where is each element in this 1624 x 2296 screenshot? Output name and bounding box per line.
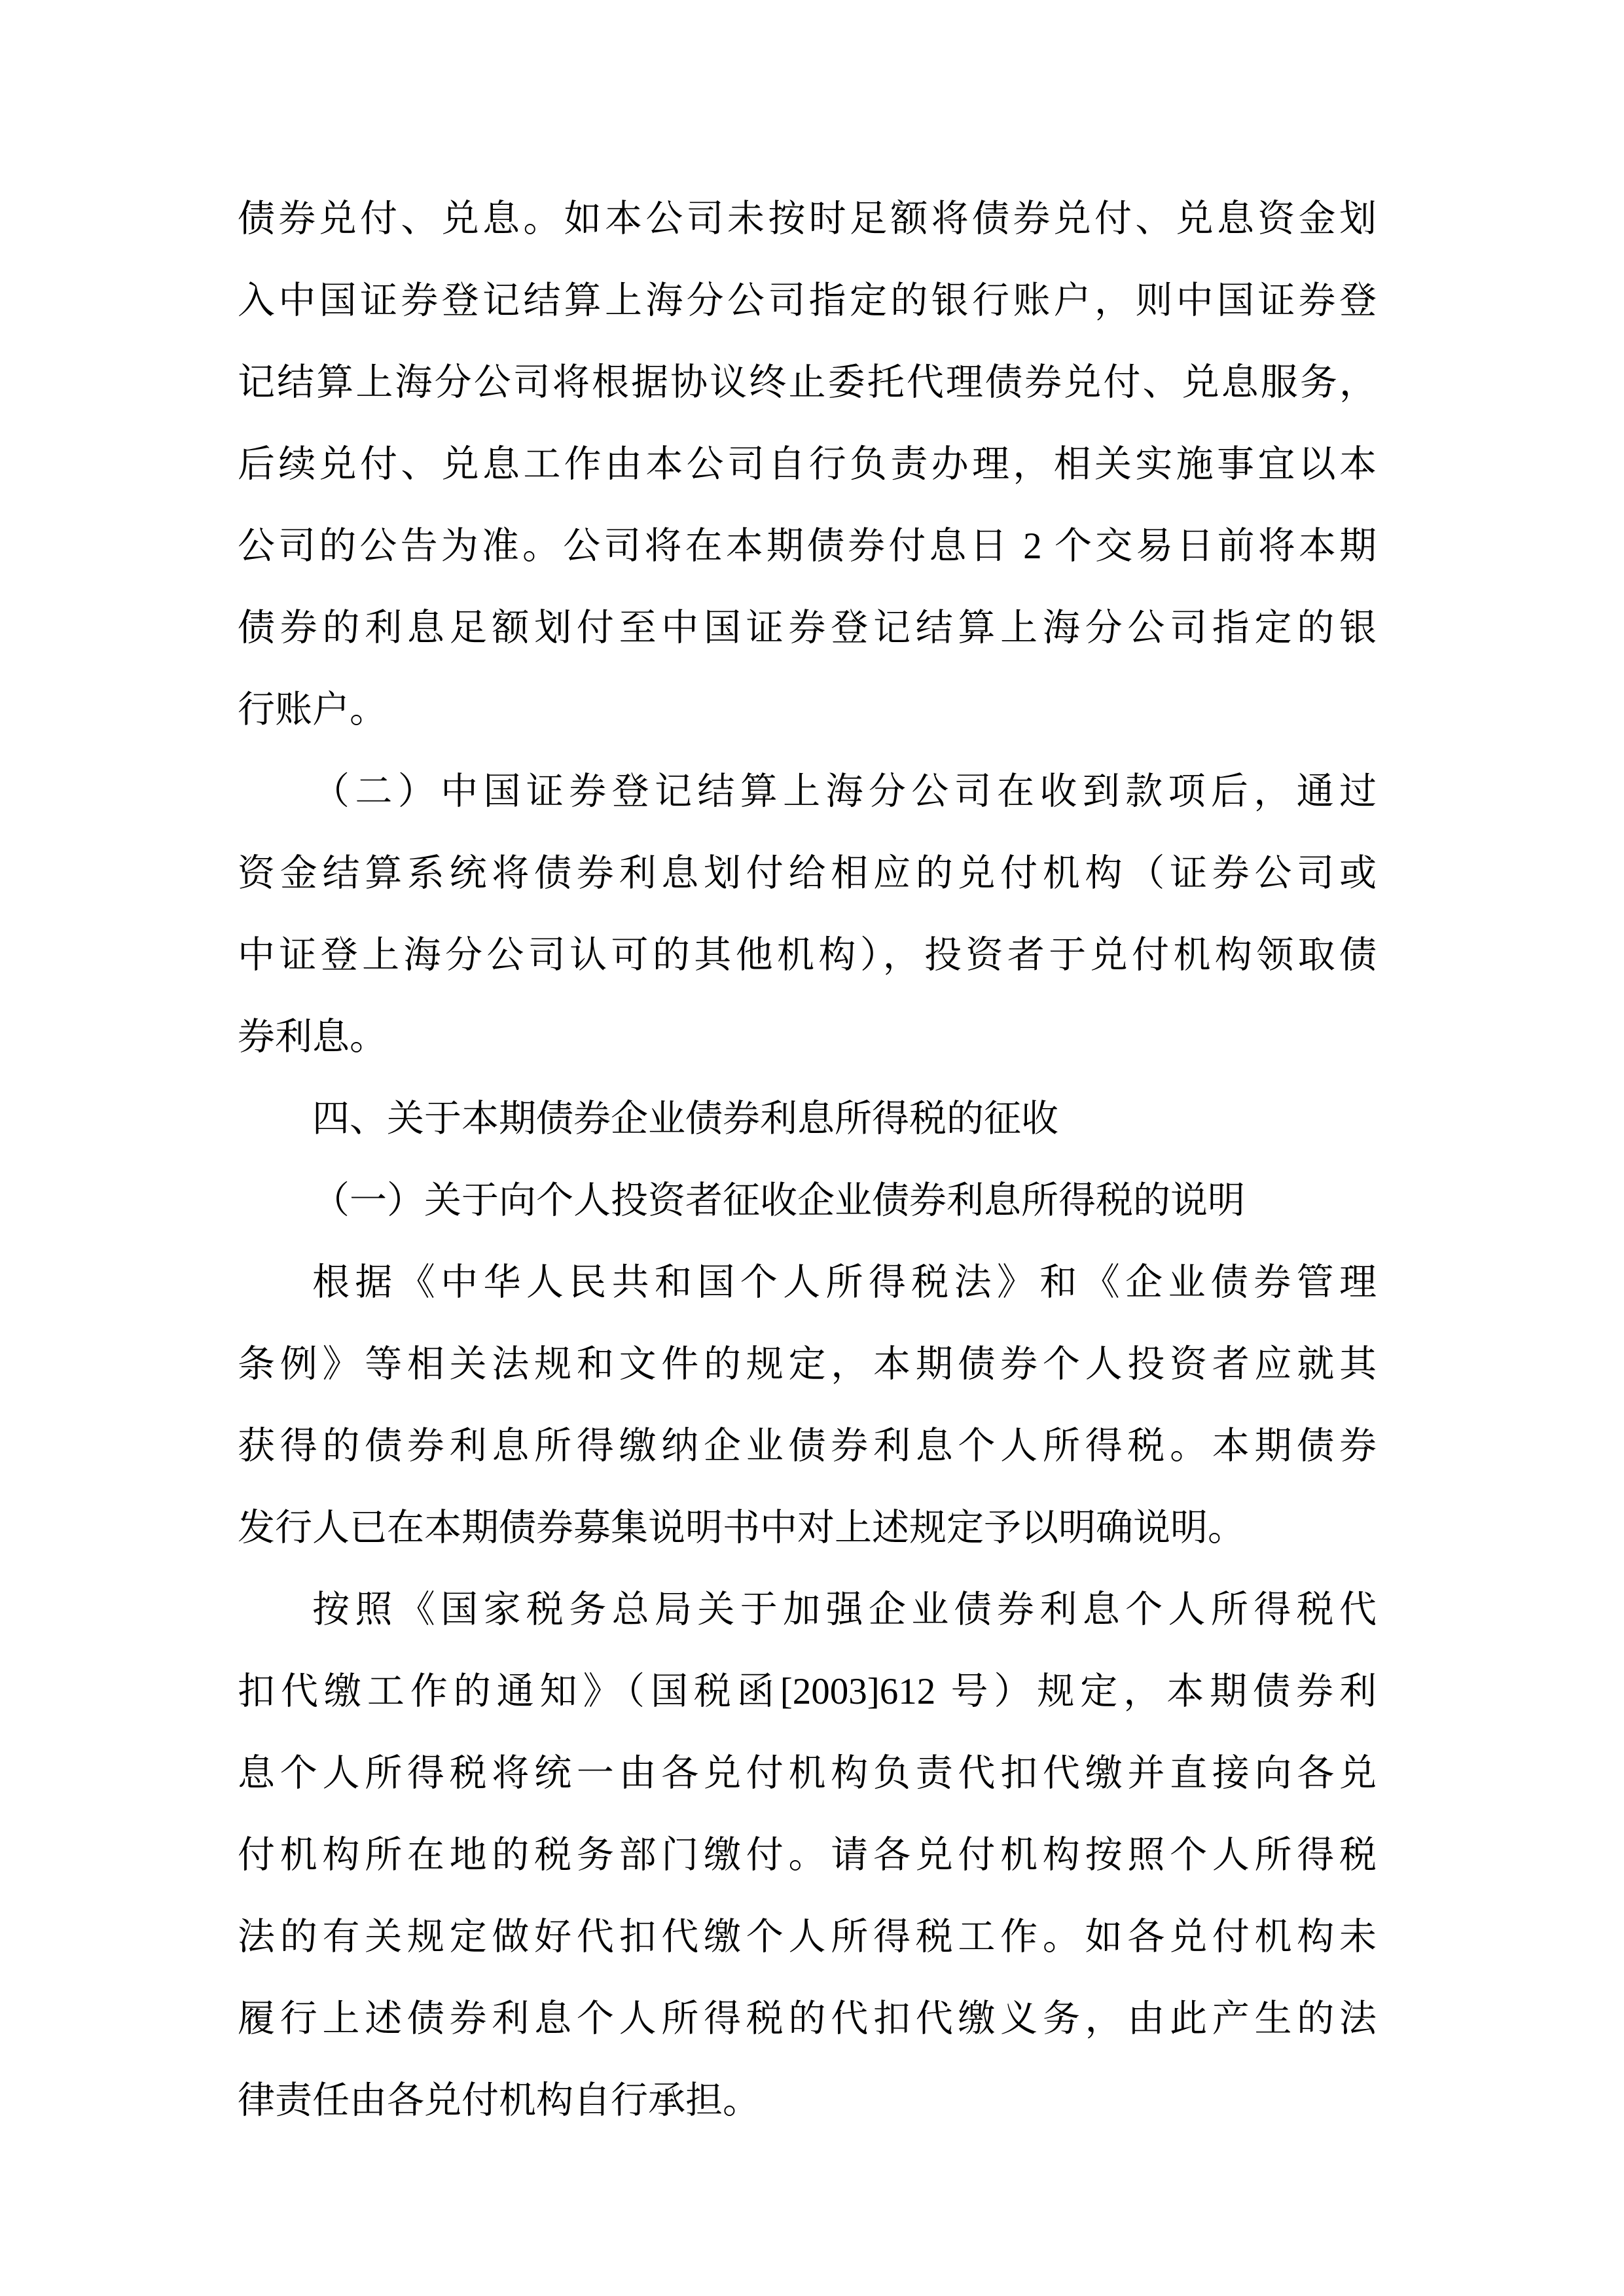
paragraph: 根据《中华人民共和国个人所得税法》和《企业债券管理条例》等相关法规和文件的规定，… (238, 1242, 1377, 1569)
text-line: 法的有关规定做好代扣代缴个人所得税工作。如各兑付机构未 (238, 1896, 1377, 1978)
paragraph: （二）中国证券登记结算上海分公司在收到款项后，通过资金结算系统将债券利息划付给相… (238, 751, 1377, 1078)
paragraph: 四、关于本期债券企业债券利息所得税的征收 (238, 1078, 1377, 1160)
paragraph: 债券兑付、兑息。如本公司未按时足额将债券兑付、兑息资金划入中国证券登记结算上海分… (238, 178, 1377, 751)
text-line: 付机构所在地的税务部门缴付。请各兑付机构按照个人所得税 (238, 1814, 1377, 1896)
document-body: 债券兑付、兑息。如本公司未按时足额将债券兑付、兑息资金划入中国证券登记结算上海分… (238, 178, 1377, 2142)
text-line: 债券的利息足额划付至中国证券登记结算上海分公司指定的银 (238, 587, 1377, 669)
text-line: 入中国证券登记结算上海分公司指定的银行账户，则中国证券登 (238, 260, 1377, 342)
text-line: 记结算上海分公司将根据协议终止委托代理债券兑付、兑息服务， (238, 342, 1377, 423)
text-line: 公司的公告为准。公司将在本期债券付息日 2 个交易日前将本期 (238, 505, 1377, 587)
text-line: 扣代缴工作的通知》（国税函[2003]612 号）规定，本期债券利 (238, 1651, 1377, 1732)
text-line: （一）关于向个人投资者征收企业债券利息所得税的说明 (238, 1160, 1377, 1242)
text-line: 四、关于本期债券企业债券利息所得税的征收 (238, 1078, 1377, 1160)
text-line: 获得的债券利息所得缴纳企业债券利息个人所得税。本期债券 (238, 1405, 1377, 1487)
text-line: 按照《国家税务总局关于加强企业债券利息个人所得税代 (238, 1569, 1377, 1651)
text-line: 律责任由各兑付机构自行承担。 (238, 2060, 1377, 2142)
paragraph: 按照《国家税务总局关于加强企业债券利息个人所得税代扣代缴工作的通知》（国税函[2… (238, 1569, 1377, 2142)
text-line: 中证登上海分公司认可的其他机构），投资者于兑付机构领取债 (238, 914, 1377, 996)
text-line: 债券兑付、兑息。如本公司未按时足额将债券兑付、兑息资金划 (238, 178, 1377, 260)
text-line: 资金结算系统将债券利息划付给相应的兑付机构（证券公司或 (238, 833, 1377, 914)
text-line: 条例》等相关法规和文件的规定，本期债券个人投资者应就其 (238, 1323, 1377, 1405)
text-line: 履行上述债券利息个人所得税的代扣代缴义务，由此产生的法 (238, 1978, 1377, 2060)
text-line: （二）中国证券登记结算上海分公司在收到款项后，通过 (238, 751, 1377, 833)
text-line: 发行人已在本期债券募集说明书中对上述规定予以明确说明。 (238, 1487, 1377, 1569)
text-line: 根据《中华人民共和国个人所得税法》和《企业债券管理 (238, 1242, 1377, 1323)
text-line: 后续兑付、兑息工作由本公司自行负责办理，相关实施事宜以本 (238, 423, 1377, 505)
document-page: 债券兑付、兑息。如本公司未按时足额将债券兑付、兑息资金划入中国证券登记结算上海分… (0, 0, 1624, 2296)
text-line: 息个人所得税将统一由各兑付机构负责代扣代缴并直接向各兑 (238, 1732, 1377, 1814)
text-line: 券利息。 (238, 996, 1377, 1078)
paragraph: （一）关于向个人投资者征收企业债券利息所得税的说明 (238, 1160, 1377, 1242)
text-line: 行账户。 (238, 669, 1377, 751)
